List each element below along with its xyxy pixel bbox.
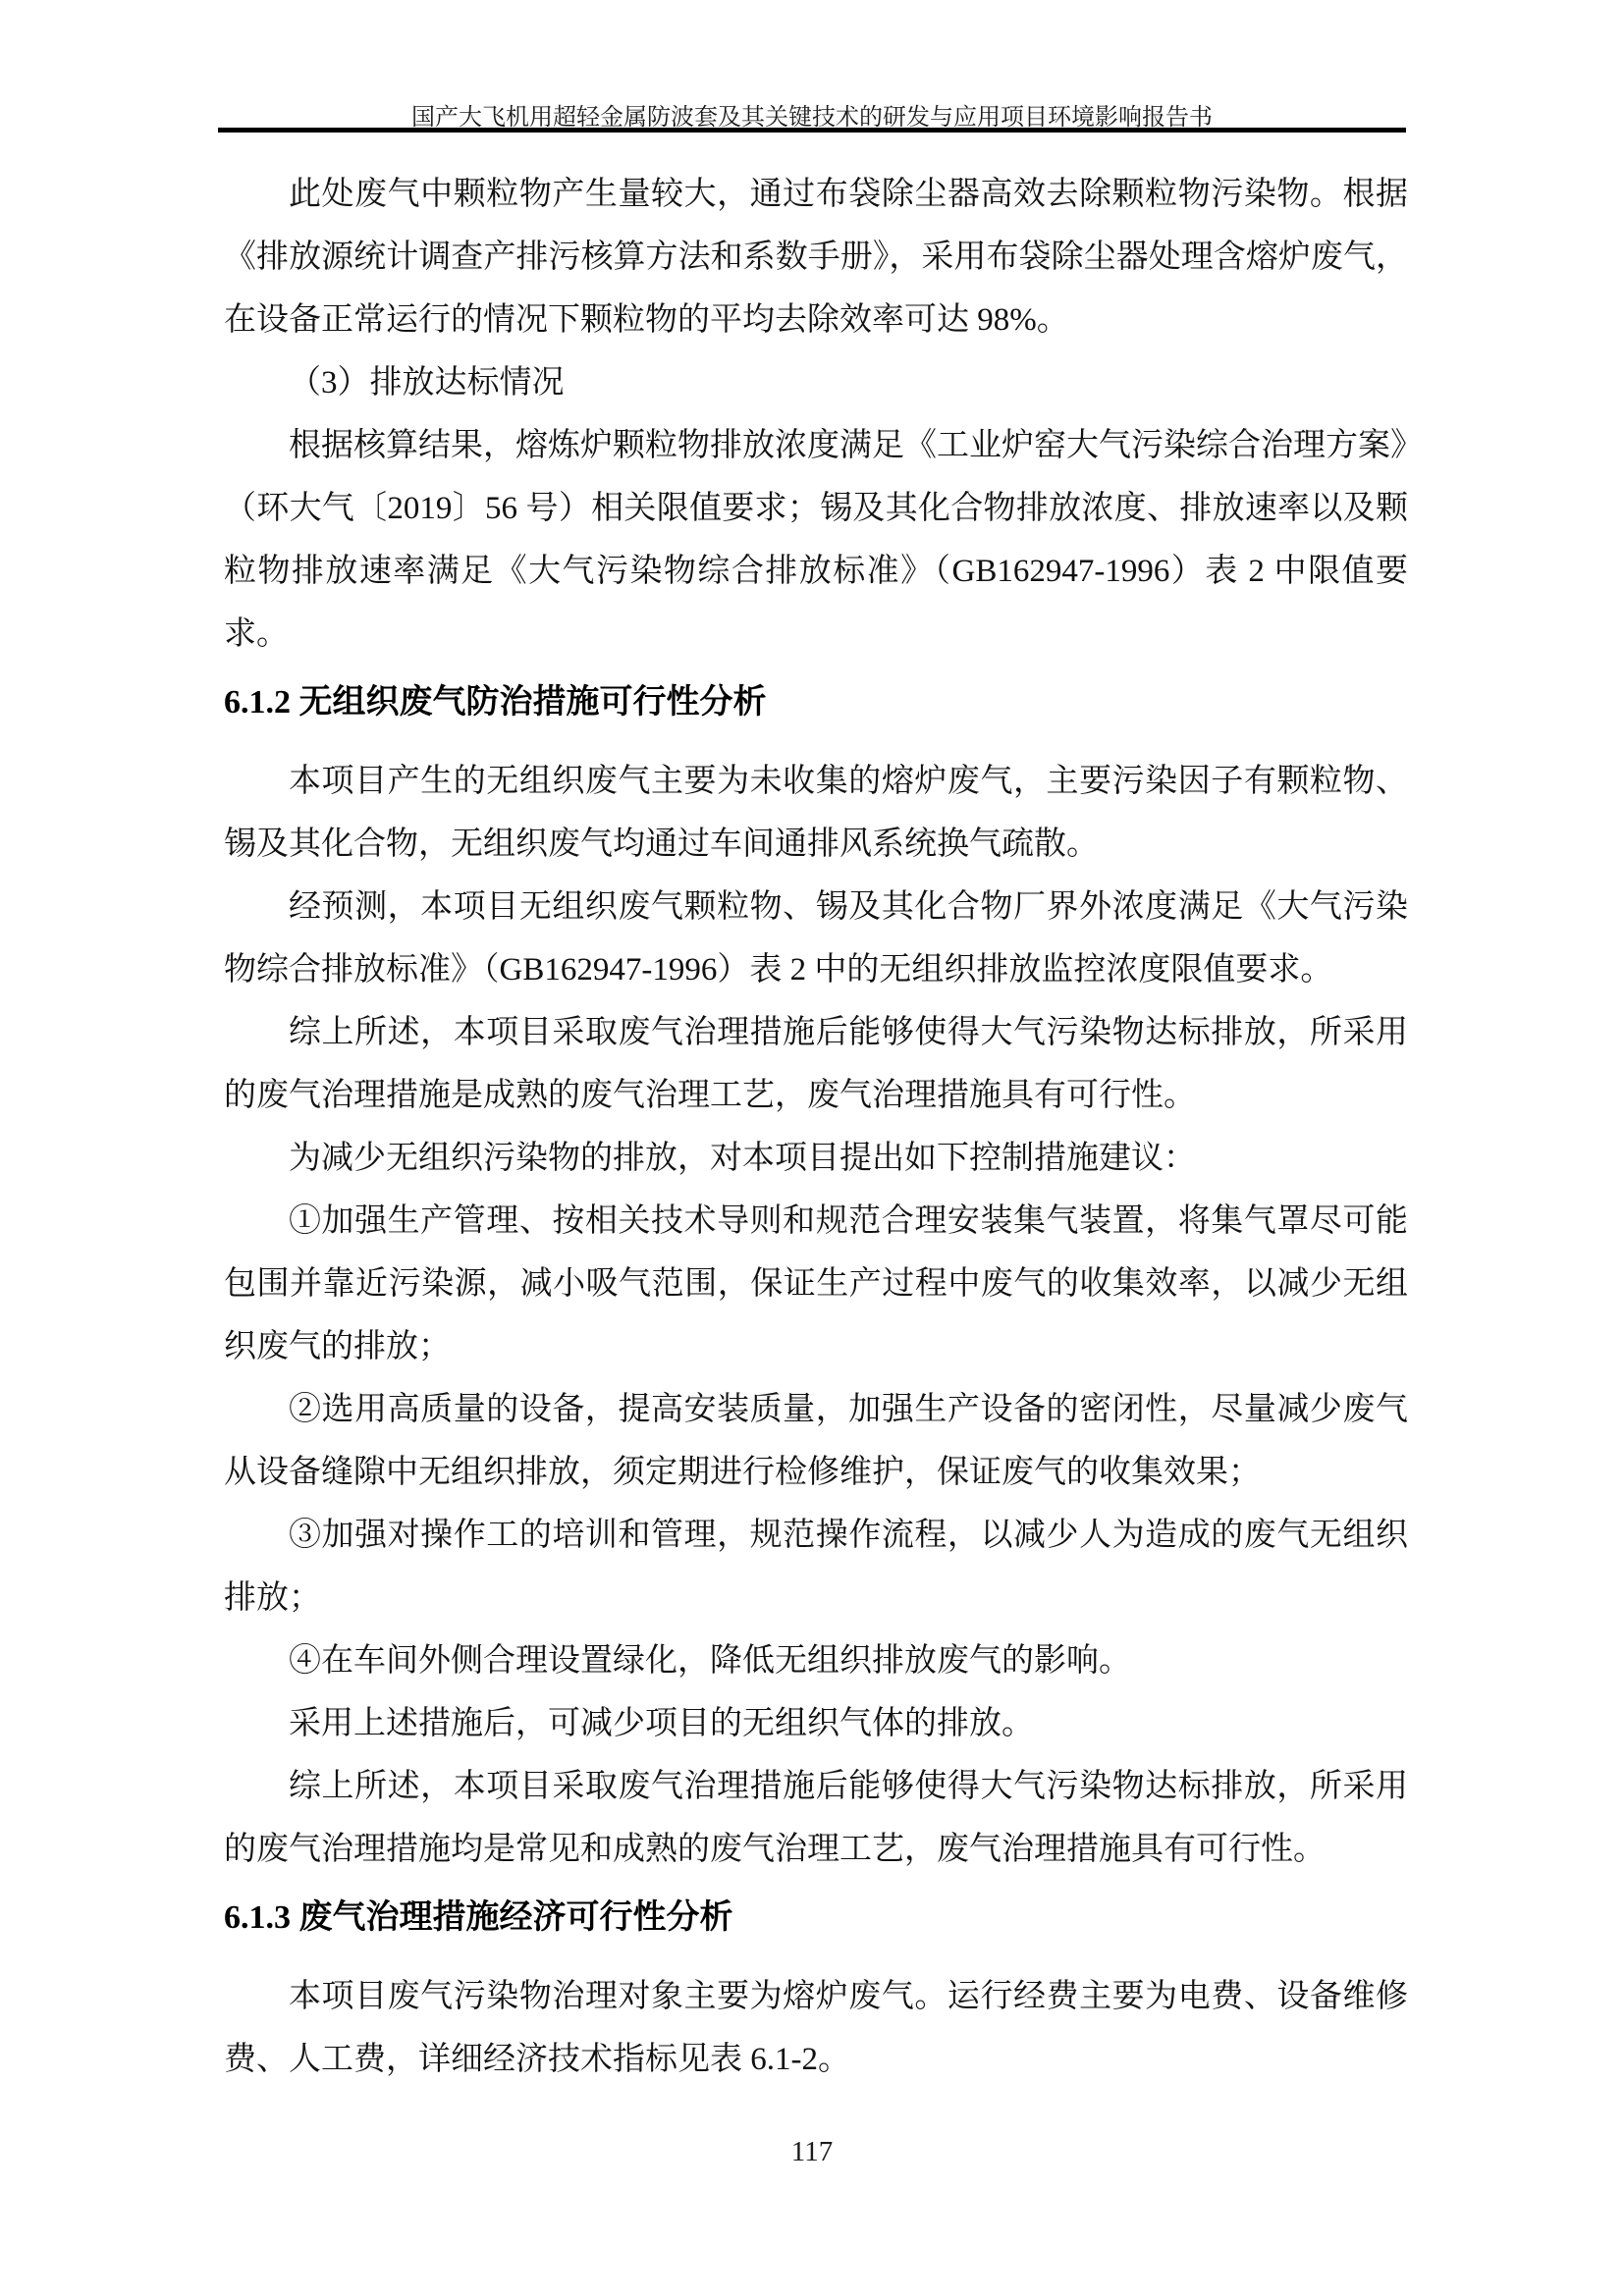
text-line: 《排放源统计调查产排污核算方法和系数手册》，采用布袋除尘器处理含熔炉废气， <box>224 226 1408 289</box>
paragraph: （3）排放达标情况 <box>224 351 1408 414</box>
text-line: 从设备缝隙中无组织排放，须定期进行检修维护，保证废气的收集效果； <box>224 1441 1408 1504</box>
paragraph: 经预测，本项目无组织废气颗粒物、锡及其化合物厂界外浓度满足《大气污染物综合排放标… <box>224 876 1408 1001</box>
paragraph: ④在车间外侧合理设置绿化，降低无组织排放废气的影响。 <box>224 1629 1408 1692</box>
section-heading: 6.1.2 无组织废气防治措施可行性分析 <box>224 671 1408 734</box>
paragraph: 综上所述，本项目采取废气治理措施后能够使得大气污染物达标排放，所采用的废气治理措… <box>224 1755 1408 1881</box>
text-line: 物综合排放标准》（GB162947-1996）表 2 中的无组织排放监控浓度限值… <box>224 938 1408 1001</box>
text-line: （环大气〔2019〕56 号）相关限值要求；锡及其化合物排放浓度、排放速率以及颗 <box>224 477 1408 540</box>
text-line: 排放； <box>224 1567 1408 1629</box>
paragraph: 为减少无组织污染物的排放，对本项目提出如下控制措施建议： <box>224 1127 1408 1190</box>
text-line: 经预测，本项目无组织废气颗粒物、锡及其化合物厂界外浓度满足《大气污染 <box>224 876 1408 938</box>
text-line: 综上所述，本项目采取废气治理措施后能够使得大气污染物达标排放，所采用 <box>224 1755 1408 1818</box>
paragraph: 综上所述，本项目采取废气治理措施后能够使得大气污染物达标排放，所采用的废气治理措… <box>224 1001 1408 1127</box>
paragraph: 本项目产生的无组织废气主要为未收集的熔炉废气，主要污染因子有颗粒物、锡及其化合物… <box>224 750 1408 876</box>
document-body: 此处废气中颗粒物产生量较大，通过布袋除尘器高效去除颗粒物污染物。根据《排放源统计… <box>224 163 1408 2091</box>
text-line: 在设备正常运行的情况下颗粒物的平均去除效率可达 98%。 <box>224 289 1408 351</box>
text-line: ③加强对操作工的培训和管理，规范操作流程，以减少人为造成的废气无组织 <box>224 1504 1408 1567</box>
text-line: ④在车间外侧合理设置绿化，降低无组织排放废气的影响。 <box>224 1629 1408 1692</box>
text-line: 织废气的排放； <box>224 1315 1408 1378</box>
page-number: 117 <box>0 2136 1624 2168</box>
report-header-title: 国产大飞机用超轻金属防波套及其关键技术的研发与应用项目环境影响报告书 <box>0 97 1624 132</box>
paragraph: 采用上述措施后，可减少项目的无组织气体的排放。 <box>224 1692 1408 1755</box>
paragraph: 根据核算结果，熔炼炉颗粒物排放浓度满足《工业炉窑大气污染综合治理方案》（环大气〔… <box>224 414 1408 666</box>
text-line: ①加强生产管理、按相关技术导则和规范合理安装集气装置，将集气罩尽可能 <box>224 1190 1408 1253</box>
text-line: 费、人工费，详细经济技术指标见表 6.1-2。 <box>224 2028 1408 2091</box>
text-line: （3）排放达标情况 <box>224 351 1408 414</box>
report-page: 国产大飞机用超轻金属防波套及其关键技术的研发与应用项目环境影响报告书 此处废气中… <box>0 0 1624 2296</box>
text-line: 为减少无组织污染物的排放，对本项目提出如下控制措施建议： <box>224 1127 1408 1190</box>
text-line: 本项目废气污染物治理对象主要为熔炉废气。运行经费主要为电费、设备维修 <box>224 1965 1408 2028</box>
paragraph: ②选用高质量的设备，提高安装质量，加强生产设备的密闭性，尽量减少废气从设备缝隙中… <box>224 1378 1408 1504</box>
paragraph: 本项目废气污染物治理对象主要为熔炉废气。运行经费主要为电费、设备维修费、人工费，… <box>224 1965 1408 2091</box>
paragraph: ①加强生产管理、按相关技术导则和规范合理安装集气装置，将集气罩尽可能包围并靠近污… <box>224 1190 1408 1378</box>
paragraph: 此处废气中颗粒物产生量较大，通过布袋除尘器高效去除颗粒物污染物。根据《排放源统计… <box>224 163 1408 351</box>
text-line: 包围并靠近污染源，减小吸气范围，保证生产过程中废气的收集效率，以减少无组 <box>224 1253 1408 1315</box>
text-line: 锡及其化合物，无组织废气均通过车间通排风系统换气疏散。 <box>224 813 1408 876</box>
text-line: 的废气治理措施均是常见和成熟的废气治理工艺，废气治理措施具有可行性。 <box>224 1818 1408 1881</box>
header-rule <box>218 128 1406 133</box>
text-line: ②选用高质量的设备，提高安装质量，加强生产设备的密闭性，尽量减少废气 <box>224 1378 1408 1441</box>
text-line: 求。 <box>224 603 1408 666</box>
text-line: 粒物排放速率满足《大气污染物综合排放标准》（GB162947-1996）表 2 … <box>224 540 1408 603</box>
section-heading: 6.1.3 废气治理措施经济可行性分析 <box>224 1887 1408 1949</box>
text-line: 此处废气中颗粒物产生量较大，通过布袋除尘器高效去除颗粒物污染物。根据 <box>224 163 1408 226</box>
text-line: 采用上述措施后，可减少项目的无组织气体的排放。 <box>224 1692 1408 1755</box>
text-line: 综上所述，本项目采取废气治理措施后能够使得大气污染物达标排放，所采用 <box>224 1001 1408 1064</box>
text-line: 本项目产生的无组织废气主要为未收集的熔炉废气，主要污染因子有颗粒物、 <box>224 750 1408 813</box>
paragraph: ③加强对操作工的培训和管理，规范操作流程，以减少人为造成的废气无组织排放； <box>224 1504 1408 1629</box>
text-line: 根据核算结果，熔炼炉颗粒物排放浓度满足《工业炉窑大气污染综合治理方案》 <box>224 414 1408 477</box>
text-line: 的废气治理措施是成熟的废气治理工艺，废气治理措施具有可行性。 <box>224 1064 1408 1127</box>
